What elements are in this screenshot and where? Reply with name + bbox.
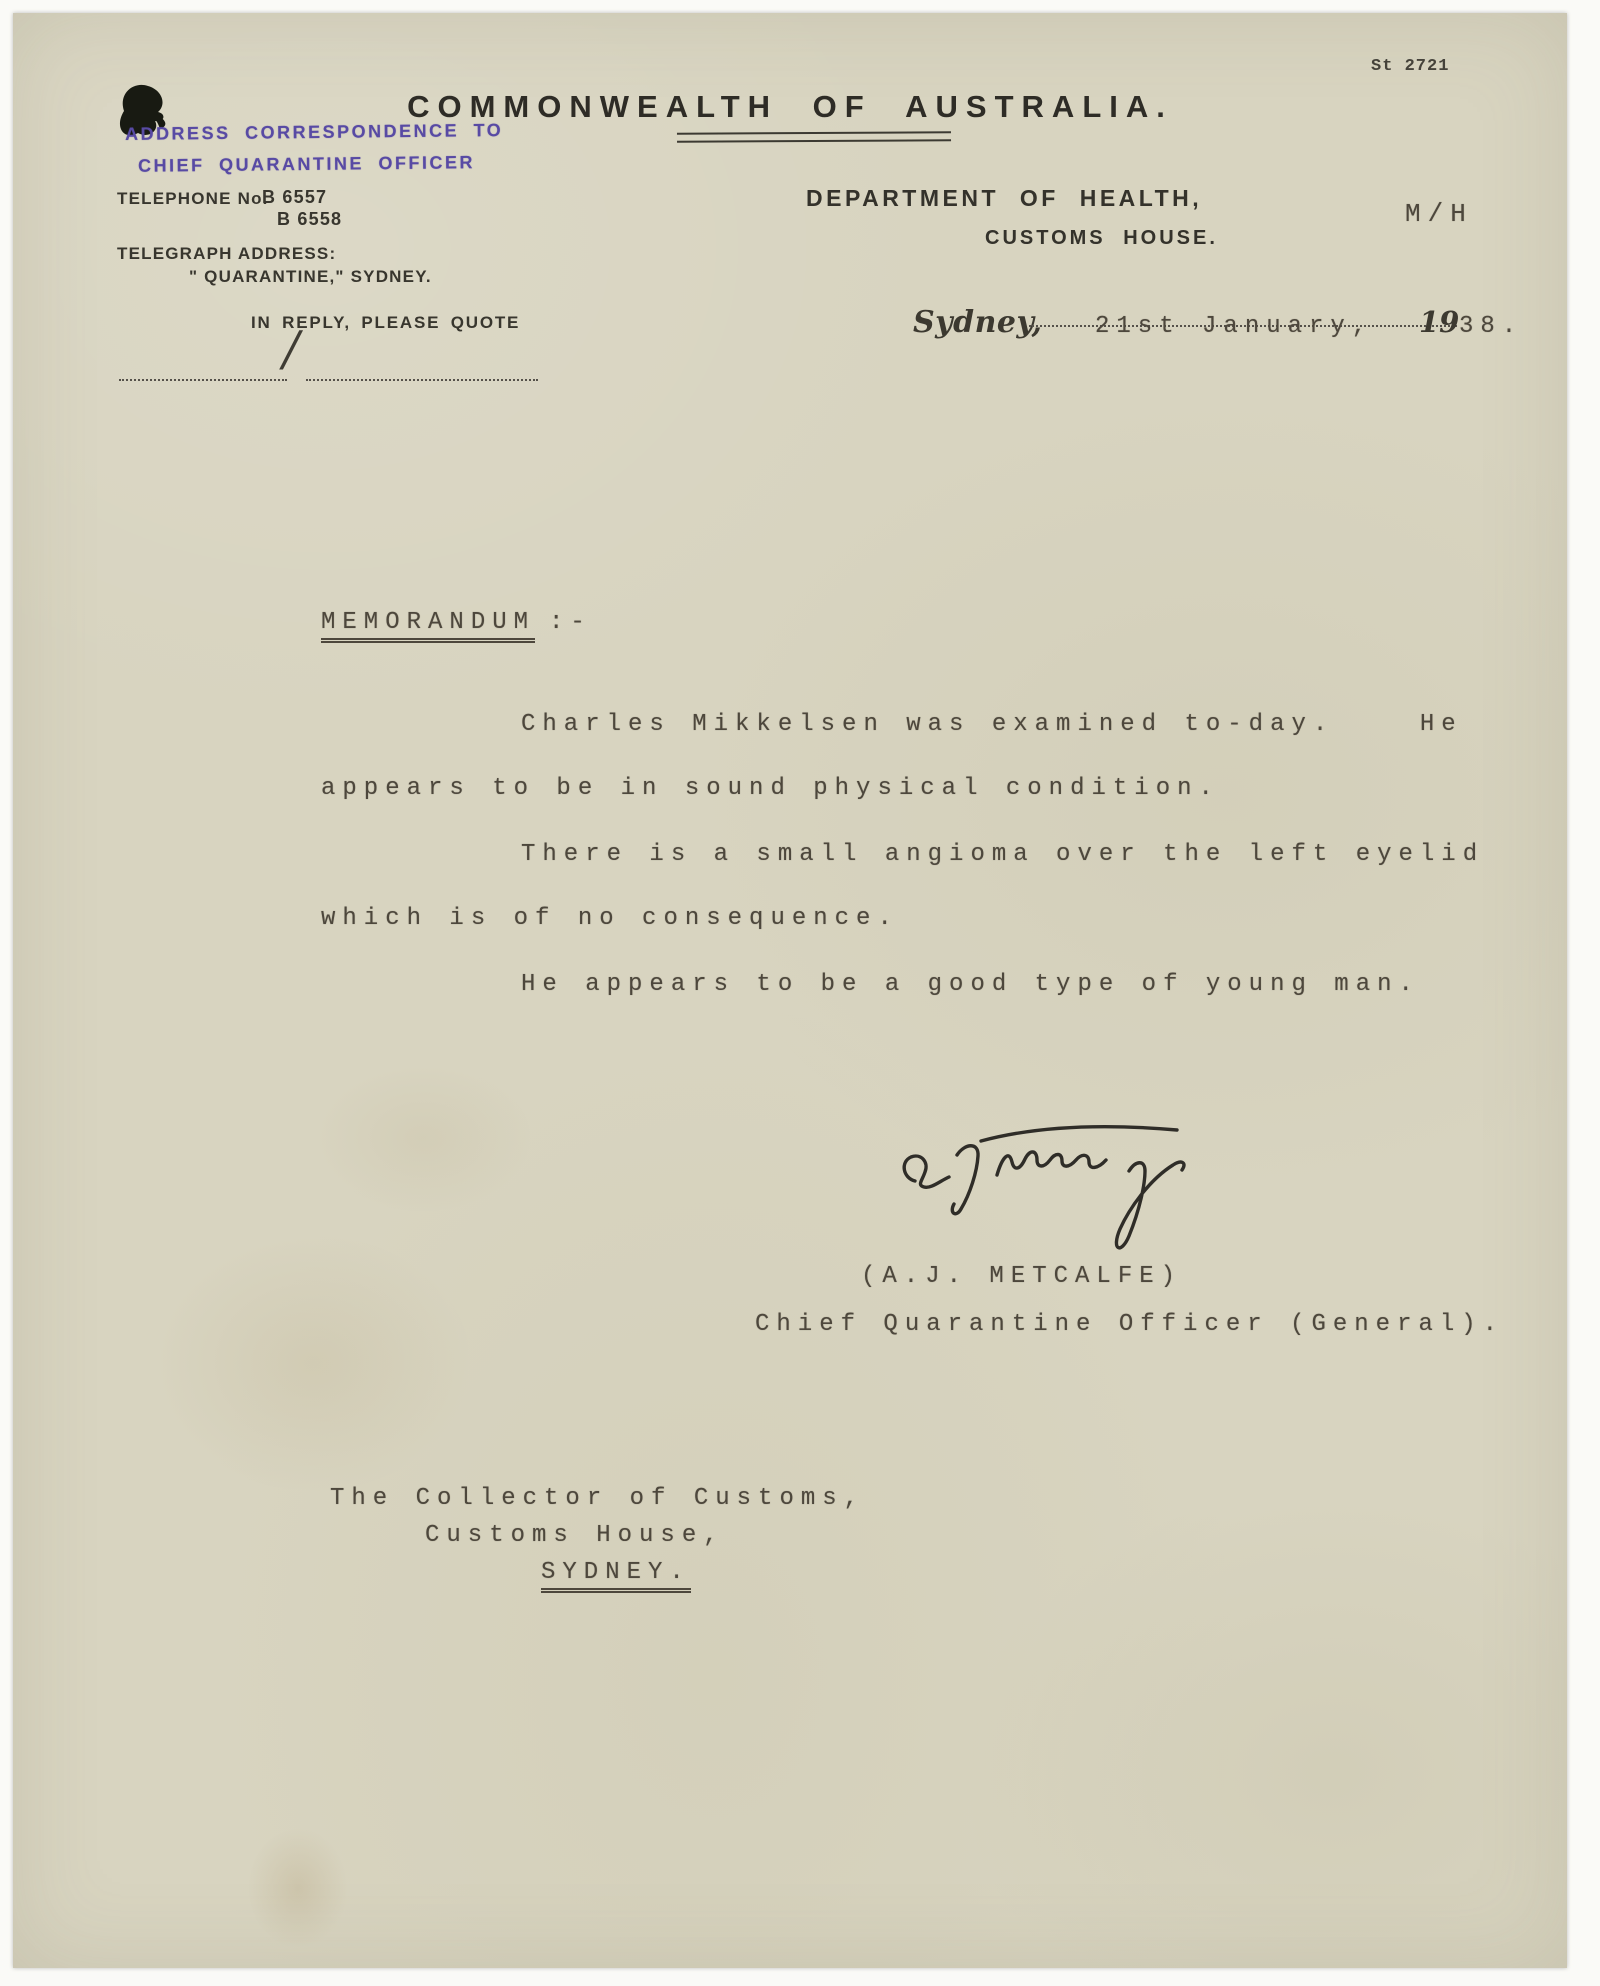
date-typed: 21st January, [1095,313,1373,340]
form-number: St 2721 [1371,57,1449,76]
memo-body-line: which is of no consequence. [321,905,899,932]
address-stamp-line2: CHIEF QUARANTINE OFFICER [138,152,475,177]
memo-heading: MEMORANDUM:- [321,609,592,636]
memo-heading-word: MEMORANDUM [321,609,535,643]
recipient-city-text: SYDNEY. [541,1559,691,1593]
telephone-label: TELEPHONE No. [117,189,269,209]
department-name: DEPARTMENT OF HEALTH, [806,185,1202,212]
telephone-number-2: B 6558 [277,209,342,230]
file-reference: M/H [1405,199,1473,229]
office-name: CUSTOMS HOUSE. [985,227,1218,250]
telegraph-address: " QUARANTINE," SYDNEY. [189,267,432,287]
paper-stain [313,1063,533,1213]
signatory-title: Chief Quarantine Officer (General). [755,1311,1504,1338]
telephone-number-1: B 6557 [262,187,327,208]
recipient-line-1: The Collector of Customs, [330,1485,865,1512]
address-stamp-line1: ADDRESS CORRESPONDENCE TO [125,120,503,145]
reference-dotted-line-right [306,355,538,381]
telegraph-label: TELEGRAPH ADDRESS: [117,244,336,264]
paper-stain [248,1828,348,1948]
page-title: COMMONWEALTH OF AUSTRALIA. [13,89,1567,125]
title-divider [677,131,951,142]
reference-separator: / [283,321,299,377]
memo-body-line: Charles Mikkelsen was examined to-day. H… [521,711,1463,738]
recipient-city: SYDNEY. [541,1559,691,1586]
memo-body-line: appears to be in sound physical conditio… [321,775,1220,802]
recipient-line-2: Customs House, [425,1522,725,1549]
reference-dotted-line-left [119,355,287,381]
letter-paper: St 2721 COMMONWEALTH OF AUSTRALIA. ADDRE… [13,13,1567,1968]
paper-stain [153,1233,473,1493]
signatory-name: (A.J. METCALFE) [861,1263,1182,1290]
memo-body-line: He appears to be a good type of young ma… [521,971,1420,998]
memo-heading-suffix: :- [549,609,592,636]
year-printed-prefix: 19 [1419,305,1459,339]
city-label: Sydney, [913,305,1042,340]
year-typed: 38. [1459,313,1523,340]
memo-body-line: There is a small angioma over the left e… [521,841,1484,868]
